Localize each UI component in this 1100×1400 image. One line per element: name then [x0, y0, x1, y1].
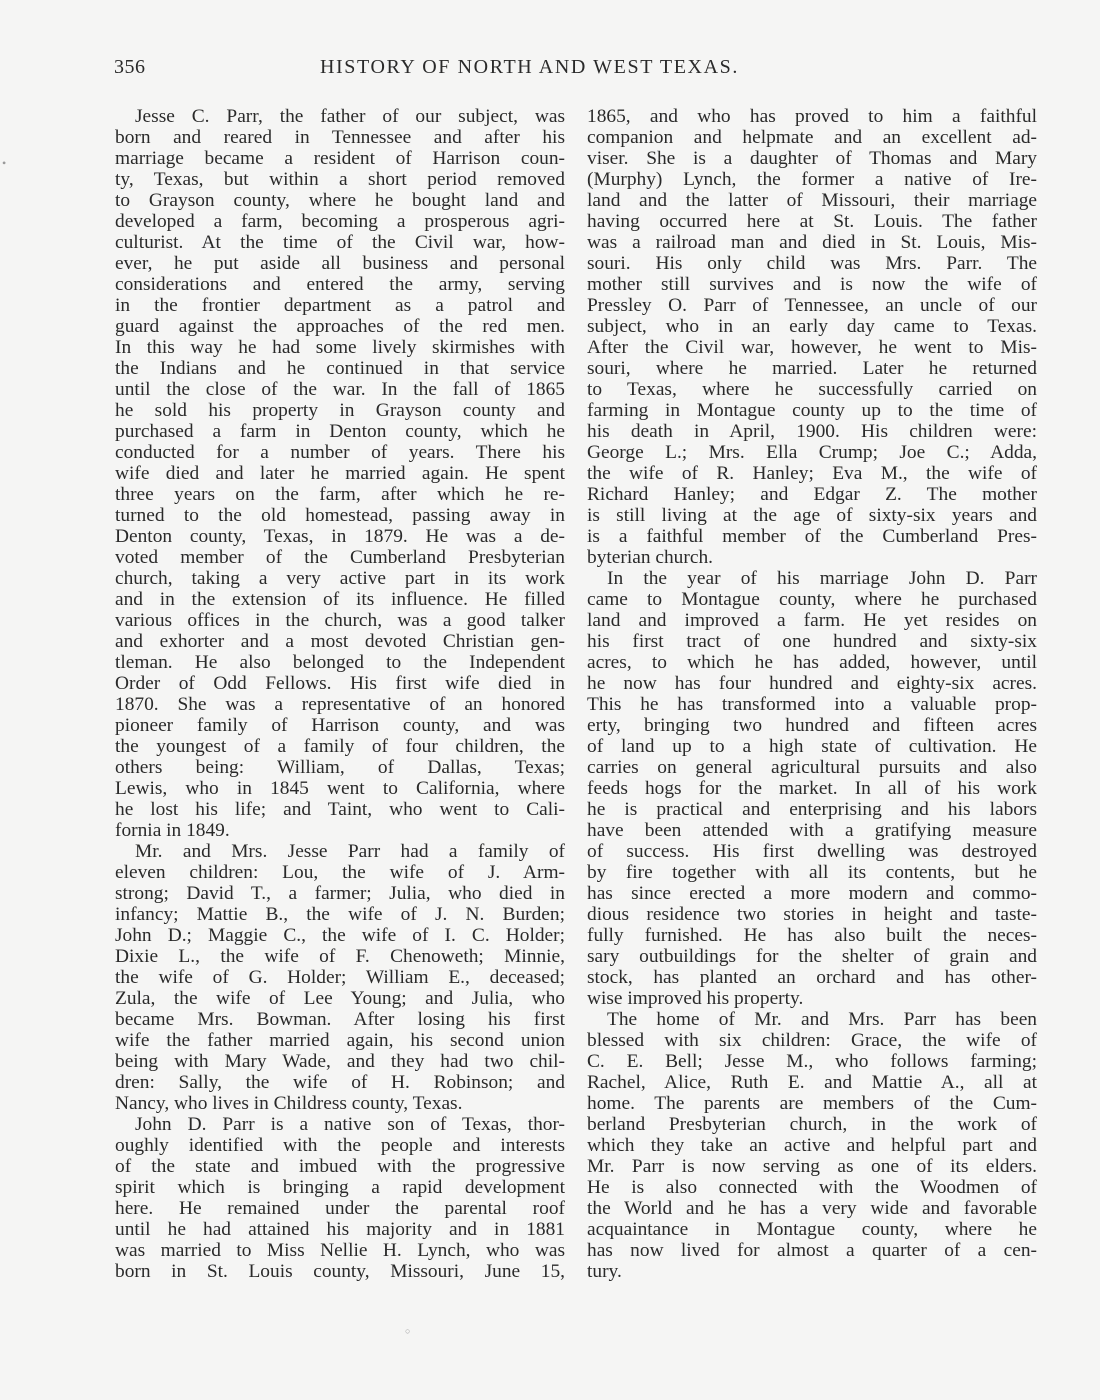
text-line: the World and he has a very wide and fav… — [587, 1198, 1037, 1219]
text-line: ty, Texas, but within a short period rem… — [115, 169, 565, 190]
text-line: After the Civil war, however, he went to… — [587, 337, 1037, 358]
text-line: Nancy, who lives in Childress county, Te… — [115, 1093, 565, 1114]
text-line: and exhorter and a most devoted Christia… — [115, 631, 565, 652]
text-line: by fire together with all its contents, … — [587, 862, 1037, 883]
text-line: In this way he had some lively skirmishe… — [115, 337, 565, 358]
text-line: acquaintance in Montague county, where h… — [587, 1219, 1037, 1240]
text-line: he is practical and enterprising and his… — [587, 799, 1037, 820]
text-line: Mr. Parr is now serving as one of its el… — [587, 1156, 1037, 1177]
right-text-column: 1865, and who has proved to him a faithf… — [587, 106, 1037, 1282]
text-line: is a faithful member of the Cumberland P… — [587, 526, 1037, 547]
text-line: the wife of R. Hanley; Eva M., the wife … — [587, 463, 1037, 484]
margin-speck: • — [2, 156, 6, 171]
text-line: born in St. Louis county, Missouri, June… — [115, 1261, 565, 1282]
text-line: became Mrs. Bowman. After losing his fir… — [115, 1009, 565, 1030]
text-line: the Indians and he continued in that ser… — [115, 358, 565, 379]
text-line: and in the extension of its influence. H… — [115, 589, 565, 610]
text-line: blessed with six children: Grace, the wi… — [587, 1030, 1037, 1051]
text-line: fornia in 1849. — [115, 820, 565, 841]
text-line: home. The parents are members of the Cum… — [587, 1093, 1037, 1114]
text-line: he sold his property in Grayson county a… — [115, 400, 565, 421]
text-line: church, taking a very active part in its… — [115, 568, 565, 589]
text-line: Pressley O. Parr of Tennessee, an uncle … — [587, 295, 1037, 316]
text-line: feeds hogs for the market. In all of his… — [587, 778, 1037, 799]
text-line: to Texas, where he successfully carried … — [587, 379, 1037, 400]
text-line: companion and helpmate and an excellent … — [587, 127, 1037, 148]
text-line: C. E. Bell; Jesse M., who follows farmin… — [587, 1051, 1037, 1072]
text-line: John D. Parr is a native son of Texas, t… — [115, 1114, 565, 1135]
text-line: others being: William, of Dallas, Texas; — [115, 757, 565, 778]
text-line: Jesse C. Parr, the father of our subject… — [115, 106, 565, 127]
text-line: land and improved a farm. He yet resides… — [587, 610, 1037, 631]
paper-blemish: ○ — [405, 1326, 410, 1336]
text-line: Rachel, Alice, Ruth E. and Mattie A., al… — [587, 1072, 1037, 1093]
text-line: Order of Odd Fellows. His first wife die… — [115, 673, 565, 694]
text-line: marriage became a resident of Harrison c… — [115, 148, 565, 169]
text-line: the wife of G. Holder; William E., decea… — [115, 967, 565, 988]
text-line: was a railroad man and died in St. Louis… — [587, 232, 1037, 253]
text-line: tury. — [587, 1261, 1037, 1282]
text-line: has since erected a more modern and comm… — [587, 883, 1037, 904]
page-header: 356 HISTORY OF NORTH AND WEST TEXAS. — [114, 56, 836, 86]
text-line: strong; David T., a farmer; Julia, who d… — [115, 883, 565, 904]
text-line: 1865, and who has proved to him a faithf… — [587, 106, 1037, 127]
text-line: of success. His first dwelling was destr… — [587, 841, 1037, 862]
text-line: He is also connected with the Woodmen of — [587, 1177, 1037, 1198]
text-line: is still living at the age of sixty-six … — [587, 505, 1037, 526]
text-line: This he has transformed into a valuable … — [587, 694, 1037, 715]
text-line: wife died and later he married again. He… — [115, 463, 565, 484]
text-line: 1870. She was a representative of an hon… — [115, 694, 565, 715]
text-line: three years on the farm, after which he … — [115, 484, 565, 505]
text-line: Denton county, Texas, in 1879. He was a … — [115, 526, 565, 547]
text-line: to Grayson county, where he bought land … — [115, 190, 565, 211]
text-line: have been attended with a gratifying mea… — [587, 820, 1037, 841]
text-line: mother still survives and is now the wif… — [587, 274, 1037, 295]
text-line: berland Presbyterian church, in the work… — [587, 1114, 1037, 1135]
text-line: eleven children: Lou, the wife of J. Arm… — [115, 862, 565, 883]
text-line: souri, where he married. Later he return… — [587, 358, 1037, 379]
text-line: (Murphy) Lynch, the former a native of I… — [587, 169, 1037, 190]
text-line: in the frontier department as a patrol a… — [115, 295, 565, 316]
text-line: his first tract of one hundred and sixty… — [587, 631, 1037, 652]
scanned-book-page: 356 HISTORY OF NORTH AND WEST TEXAS. Jes… — [0, 0, 1100, 1400]
text-line: acres, to which he has added, however, u… — [587, 652, 1037, 673]
running-title: HISTORY OF NORTH AND WEST TEXAS. — [320, 56, 739, 79]
text-line: George L.; Mrs. Ella Crump; Joe C.; Adda… — [587, 442, 1037, 463]
text-line: the youngest of a family of four childre… — [115, 736, 565, 757]
text-line: has now lived for almost a quarter of a … — [587, 1240, 1037, 1261]
text-line: John D.; Maggie C., the wife of I. C. Ho… — [115, 925, 565, 946]
text-line: Dixie L., the wife of F. Chenoweth; Minn… — [115, 946, 565, 967]
text-line: came to Montague county, where he purcha… — [587, 589, 1037, 610]
text-line: purchased a farm in Denton county, which… — [115, 421, 565, 442]
text-line: fully furnished. He has also built the n… — [587, 925, 1037, 946]
text-line: viser. She is a daughter of Thomas and M… — [587, 148, 1037, 169]
text-line: he lost his life; and Taint, who went to… — [115, 799, 565, 820]
text-line: having occurred here at St. Louis. The f… — [587, 211, 1037, 232]
text-line: conducted for a number of years. There h… — [115, 442, 565, 463]
text-line: sary outbuildings for the shelter of gra… — [587, 946, 1037, 967]
text-line: ever, he put aside all business and pers… — [115, 253, 565, 274]
text-line: infancy; Mattie B., the wife of J. N. Bu… — [115, 904, 565, 925]
text-line: wife the father married again, his secon… — [115, 1030, 565, 1051]
text-line: until the close of the war. In the fall … — [115, 379, 565, 400]
text-line: Mr. and Mrs. Jesse Parr had a family of — [115, 841, 565, 862]
text-line: land and the latter of Missouri, their m… — [587, 190, 1037, 211]
text-line: turned to the old homestead, passing awa… — [115, 505, 565, 526]
text-line: his death in April, 1900. His children w… — [587, 421, 1037, 442]
text-line: tleman. He also belonged to the Independ… — [115, 652, 565, 673]
text-line: farming in Montague county up to the tim… — [587, 400, 1037, 421]
text-line: The home of Mr. and Mrs. Parr has been — [587, 1009, 1037, 1030]
text-line: which they take an active and helpful pa… — [587, 1135, 1037, 1156]
text-line: In the year of his marriage John D. Parr — [587, 568, 1037, 589]
text-line: erty, bringing two hundred and fifteen a… — [587, 715, 1037, 736]
text-line: byterian church. — [587, 547, 1037, 568]
text-line: culturist. At the time of the Civil war,… — [115, 232, 565, 253]
text-line: considerations and entered the army, ser… — [115, 274, 565, 295]
text-line: wise improved his property. — [587, 988, 1037, 1009]
text-line: of the state and imbued with the progres… — [115, 1156, 565, 1177]
text-line: dious residence two stories in height an… — [587, 904, 1037, 925]
text-line: of land up to a high state of cultivatio… — [587, 736, 1037, 757]
text-line: voted member of the Cumberland Presbyter… — [115, 547, 565, 568]
text-line: he now has four hundred and eighty-six a… — [587, 673, 1037, 694]
text-line: Zula, the wife of Lee Young; and Julia, … — [115, 988, 565, 1009]
text-line: born and reared in Tennessee and after h… — [115, 127, 565, 148]
text-line: here. He remained under the parental roo… — [115, 1198, 565, 1219]
text-line: Lewis, who in 1845 went to California, w… — [115, 778, 565, 799]
text-line: until he had attained his majority and i… — [115, 1219, 565, 1240]
left-text-column: Jesse C. Parr, the father of our subject… — [115, 106, 565, 1282]
text-line: stock, has planted an orchard and has ot… — [587, 967, 1037, 988]
text-line: carries on general agricultural pursuits… — [587, 757, 1037, 778]
page-number: 356 — [114, 56, 146, 79]
text-line: was married to Miss Nellie H. Lynch, who… — [115, 1240, 565, 1261]
text-line: dren: Sally, the wife of H. Robinson; an… — [115, 1072, 565, 1093]
text-line: pioneer family of Harrison county, and w… — [115, 715, 565, 736]
text-line: Richard Hanley; and Edgar Z. The mother — [587, 484, 1037, 505]
text-line: souri. His only child was Mrs. Parr. The — [587, 253, 1037, 274]
text-line: developed a farm, becoming a prosperous … — [115, 211, 565, 232]
text-line: being with Mary Wade, and they had two c… — [115, 1051, 565, 1072]
text-line: oughly identified with the people and in… — [115, 1135, 565, 1156]
text-line: various offices in the church, was a goo… — [115, 610, 565, 631]
text-line: guard against the approaches of the red … — [115, 316, 565, 337]
text-line: subject, who in an early day came to Tex… — [587, 316, 1037, 337]
text-line: spirit which is bringing a rapid develop… — [115, 1177, 565, 1198]
